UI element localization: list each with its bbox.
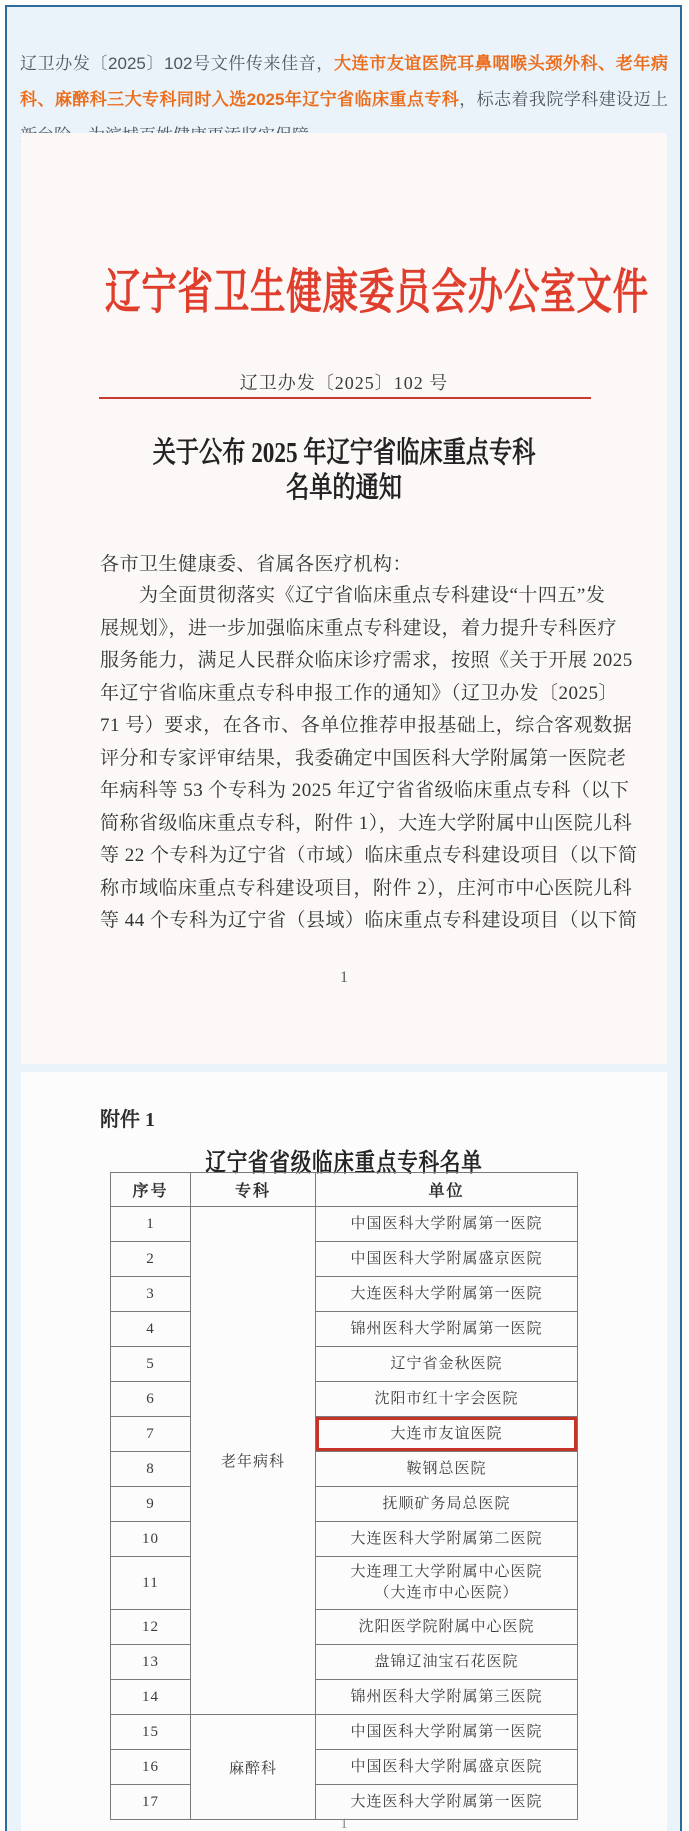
unit-cell: 辽宁省金秋医院 bbox=[316, 1347, 578, 1382]
unit-cell: 盘锦辽油宝石花医院 bbox=[316, 1645, 578, 1680]
specialty-cell: 老年病科 bbox=[191, 1207, 316, 1715]
doc-body-line: 年病科等 53 个专科为 2025 年辽宁省省级临床重点专科（以下 bbox=[100, 775, 586, 808]
document-salutation: 各市卫生健康委、省属各医疗机构： bbox=[100, 549, 412, 576]
table-row: 3大连医科大学附属第一医院 bbox=[111, 1277, 578, 1312]
row-number-cell: 14 bbox=[111, 1680, 191, 1715]
table-row: 5辽宁省金秋医院 bbox=[111, 1347, 578, 1382]
unit-cell: 大连医科大学附属第一医院 bbox=[316, 1277, 578, 1312]
unit-cell: 大连医科大学附属第一医院 bbox=[316, 1785, 578, 1820]
doc-body-line: 评分和专家评审结果，我委确定中国医科大学附属第一医院老 bbox=[100, 743, 586, 776]
table-header-row: 序号 专科 单位 bbox=[111, 1173, 578, 1207]
row-number-cell: 12 bbox=[111, 1610, 191, 1645]
row-number-cell: 8 bbox=[111, 1452, 191, 1487]
unit-cell: 锦州医科大学附属第一医院 bbox=[316, 1312, 578, 1347]
table-row: 8鞍钢总医院 bbox=[111, 1452, 578, 1487]
document-page-number: 1 bbox=[21, 969, 667, 987]
row-number-cell: 15 bbox=[111, 1715, 191, 1750]
row-number-cell: 4 bbox=[111, 1312, 191, 1347]
row-number-cell: 2 bbox=[111, 1242, 191, 1277]
document-number: 辽卫办发〔2025〕102 号 bbox=[21, 369, 667, 395]
row-number-cell: 10 bbox=[111, 1522, 191, 1557]
doc-body-line: 称市域临床重点专科建设项目，附件 2），庄河市中心医院儿科 bbox=[100, 873, 586, 906]
table-row: 17大连医科大学附属第一医院 bbox=[111, 1785, 578, 1820]
unit-cell: 沈阳医学院附属中心医院 bbox=[316, 1610, 578, 1645]
attachment-page-number: 1 bbox=[21, 1816, 667, 1831]
doc-body-line: 服务能力，满足人民群众临床诊疗需求，按照《关于开展 2025 bbox=[100, 645, 586, 678]
doc-body-line: 等 22 个专科为辽宁省（市域）临床重点专科建设项目（以下简 bbox=[100, 840, 586, 873]
article-page-frame: 辽卫办发〔2025〕102号文件传来佳音，大连市友谊医院耳鼻咽喉头颈外科、老年病… bbox=[5, 5, 682, 1831]
row-number-cell: 13 bbox=[111, 1645, 191, 1680]
unit-cell: 大连理工大学附属中心医院 （大连市中心医院） bbox=[316, 1557, 578, 1610]
unit-cell: 大连医科大学附属第二医院 bbox=[316, 1522, 578, 1557]
row-number-cell: 3 bbox=[111, 1277, 191, 1312]
doc-body-line: 71 号）要求，在各市、各单位推荐申报基础上，综合客观数据 bbox=[100, 710, 586, 743]
doc-body-line: 为全面贯彻落实《辽宁省临床重点专科建设“十四五”发 bbox=[100, 580, 586, 613]
table-row: 1老年病科中国医科大学附属第一医院 bbox=[111, 1207, 578, 1242]
table-row: 4锦州医科大学附属第一医院 bbox=[111, 1312, 578, 1347]
header-cell-no: 序号 bbox=[111, 1173, 191, 1207]
unit-cell: 鞍钢总医院 bbox=[316, 1452, 578, 1487]
table-row: 11大连理工大学附属中心医院 （大连市中心医院） bbox=[111, 1557, 578, 1610]
document-header-title: 辽宁省卫生健康委员会办公室文件 bbox=[105, 253, 583, 322]
unit-cell: 中国医科大学附属盛京医院 bbox=[316, 1242, 578, 1277]
unit-cell: 沈阳市红十字会医院 bbox=[316, 1382, 578, 1417]
row-number-cell: 1 bbox=[111, 1207, 191, 1242]
row-number-cell: 11 bbox=[111, 1557, 191, 1610]
table-row: 9抚顺矿务局总医院 bbox=[111, 1487, 578, 1522]
doc-body-line: 年辽宁省临床重点专科申报工作的通知》（辽卫办发〔2025〕 bbox=[100, 678, 586, 711]
unit-cell: 中国医科大学附属第一医院 bbox=[316, 1207, 578, 1242]
header-cell-unit: 单位 bbox=[316, 1173, 578, 1207]
table-row: 12沈阳医学院附属中心医院 bbox=[111, 1610, 578, 1645]
unit-cell: 抚顺矿务局总医院 bbox=[316, 1487, 578, 1522]
specialty-table: 序号 专科 单位 1老年病科中国医科大学附属第一医院2中国医科大学附属盛京医院3… bbox=[110, 1172, 578, 1820]
row-number-cell: 6 bbox=[111, 1382, 191, 1417]
row-number-cell: 16 bbox=[111, 1750, 191, 1785]
row-number-cell: 5 bbox=[111, 1347, 191, 1382]
document-body: 为全面贯彻落实《辽宁省临床重点专科建设“十四五”发展规划》，进一步加强临床重点专… bbox=[100, 580, 586, 938]
row-number-cell: 7 bbox=[111, 1417, 191, 1452]
unit-cell: 中国医科大学附属第一医院 bbox=[316, 1715, 578, 1750]
doc-body-line: 展规划》，进一步加强临床重点专科建设，着力提升专科医疗 bbox=[100, 613, 586, 646]
red-divider-line bbox=[99, 397, 591, 399]
attachment-label: 附件 1 bbox=[100, 1103, 155, 1132]
unit-cell: 中国医科大学附属盛京医院 bbox=[316, 1750, 578, 1785]
intro-prefix: 辽卫办发〔2025〕102号文件传来佳音， bbox=[20, 54, 334, 73]
table-row: 15麻醉科中国医科大学附属第一医院 bbox=[111, 1715, 578, 1750]
table-row: 14锦州医科大学附属第三医院 bbox=[111, 1680, 578, 1715]
doc-body-line: 等 44 个专科为辽宁省（县域）临床重点专科建设项目（以下简 bbox=[100, 905, 586, 938]
table-row: 16中国医科大学附属盛京医院 bbox=[111, 1750, 578, 1785]
notice-title: 关于公布 2025 年辽宁省临床重点专科 名单的通知 bbox=[86, 436, 603, 506]
notice-title-line2: 名单的通知 bbox=[86, 471, 603, 506]
table-row: 7大连市友谊医院 bbox=[111, 1417, 578, 1452]
unit-cell-highlighted: 大连市友谊医院 bbox=[316, 1417, 578, 1452]
row-number-cell: 17 bbox=[111, 1785, 191, 1820]
table-row: 2中国医科大学附属盛京医院 bbox=[111, 1242, 578, 1277]
notice-title-line1: 关于公布 2025 年辽宁省临床重点专科 bbox=[86, 436, 603, 471]
document-image-attachment[interactable]: 附件 1 辽宁省省级临床重点专科名单 序号 专科 单位 1老年病科中国医科大学附… bbox=[21, 1072, 667, 1831]
header-cell-specialty: 专科 bbox=[191, 1173, 316, 1207]
table-row: 6沈阳市红十字会医院 bbox=[111, 1382, 578, 1417]
specialty-cell: 麻醉科 bbox=[191, 1715, 316, 1820]
document-image-notice[interactable]: 辽宁省卫生健康委员会办公室文件 辽卫办发〔2025〕102 号 关于公布 202… bbox=[21, 133, 667, 1064]
row-number-cell: 9 bbox=[111, 1487, 191, 1522]
table-row: 10大连医科大学附属第二医院 bbox=[111, 1522, 578, 1557]
unit-cell: 锦州医科大学附属第三医院 bbox=[316, 1680, 578, 1715]
doc-body-line: 简称省级临床重点专科，附件 1），大连大学附属中山医院儿科 bbox=[100, 808, 586, 841]
table-row: 13盘锦辽油宝石花医院 bbox=[111, 1645, 578, 1680]
